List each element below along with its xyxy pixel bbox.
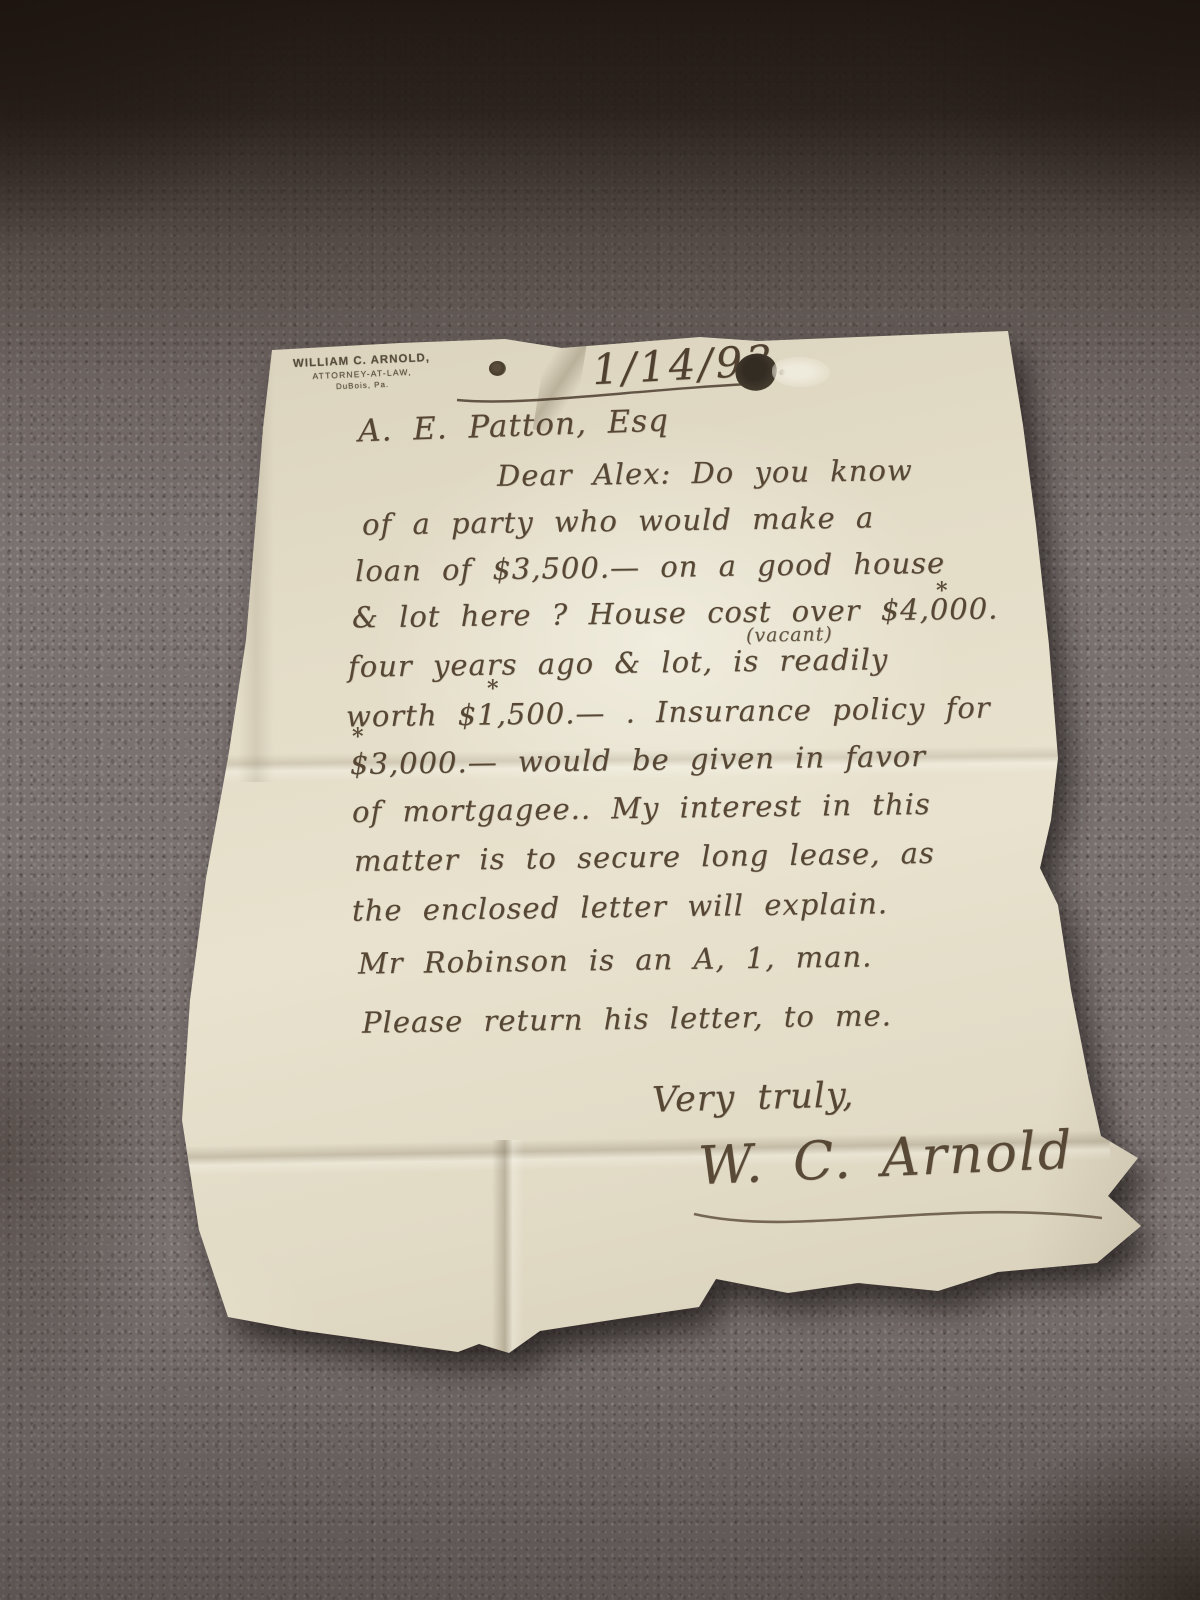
letter-paper-wrap: WILLIAM C. ARNOLD, ATTORNEY-AT-LAW, DuBo…	[0, 0, 1200, 1600]
interline-note-vacant: (vacant)	[746, 623, 833, 647]
body-line: of mortgagee.. My interest in this	[352, 787, 931, 829]
closing-line: Very truly,	[652, 1075, 855, 1120]
date-line: 1/14/93.	[591, 335, 793, 394]
body-line: $3,000.— would be given in favor	[350, 739, 926, 781]
body-line: Mr Robinson is an A, 1, man.	[358, 939, 873, 980]
body-line: the enclosed letter will explain.	[352, 886, 888, 927]
body-line: loan of $3,500.— on a good house	[355, 546, 946, 588]
body-line: matter is to secure long lease, as	[354, 836, 935, 878]
body-line: Please return his letter, to me.	[362, 998, 892, 1039]
letterhead-city: DuBois, Pa.	[286, 378, 438, 394]
fold-crease-horizontal-upper	[180, 745, 1080, 782]
ink-blot	[731, 348, 781, 397]
paper-tear-patch	[772, 357, 830, 387]
signature-flourish	[688, 1196, 1108, 1240]
salutation-line: A. E. Patton, Esq	[357, 403, 669, 450]
punch-hole	[489, 361, 506, 376]
photo-scene: WILLIAM C. ARNOLD, ATTORNEY-AT-LAW, DuBo…	[0, 0, 1200, 1600]
body-line: Dear Alex: Do you know	[497, 453, 913, 493]
asterisk-mark: *	[487, 676, 499, 702]
body-line: & lot here ? House cost over $4,000.	[352, 591, 999, 634]
fold-crease-horizontal-lower	[180, 1130, 1110, 1176]
letterhead: WILLIAM C. ARNOLD, ATTORNEY-AT-LAW, DuBo…	[285, 352, 438, 394]
asterisk-mark: *	[936, 578, 948, 604]
letter-paper: WILLIAM C. ARNOLD, ATTORNEY-AT-LAW, DuBo…	[0, 0, 1200, 1600]
letterhead-title: ATTORNEY-AT-LAW,	[286, 366, 438, 383]
fold-crease-left-edge	[238, 352, 274, 782]
fold-crease-top-center	[533, 335, 587, 435]
body-line: four years ago & lot, is readily	[348, 642, 889, 684]
signature: W. C. Arnold	[697, 1120, 1075, 1197]
fold-crease-vertical-bottom	[492, 1140, 524, 1365]
date-underline-flourish	[455, 376, 775, 406]
letterhead-name: WILLIAM C. ARNOLD,	[285, 352, 437, 371]
body-line: of a party who would make a	[362, 500, 875, 541]
asterisk-mark: *	[352, 724, 364, 750]
body-line: worth $1,500.— . Insurance policy for	[346, 691, 991, 734]
